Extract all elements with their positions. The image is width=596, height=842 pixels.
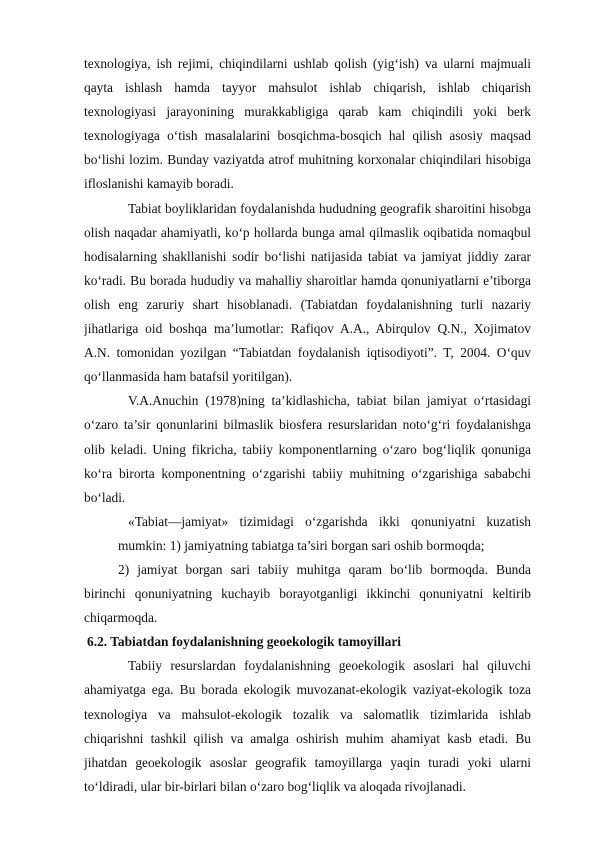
text-line: ahamiyatga ega. Bu borada ekologik muvoz… <box>84 678 531 702</box>
text-line: chiqarishni tashkil qilish va amalga osh… <box>84 727 531 751</box>
text-line: bo‘ladi. <box>84 486 531 510</box>
text-line: o‘zaro ta’sir qonunlarini bilmaslik bios… <box>84 413 531 437</box>
section-heading: 6.2. Tabiatdan foydalanishning geoekolog… <box>84 630 531 654</box>
list-item-2: 2) jamiyat borgan sari tabiiy muhitga qa… <box>84 558 531 582</box>
text-line: texnologiya va mahsulot-ekologik tozalik… <box>84 703 531 727</box>
paragraph-two-regularities: «Tabiat—jamiyat» tizimidagi o‘zgarishda … <box>84 510 531 558</box>
text-line: olish naqadar ahamiyatli, ko‘p hollarda … <box>84 221 531 245</box>
text-line: Tabiiy resurslardan foydalanishning geoe… <box>84 654 531 678</box>
text-line: chiqarmoqda. <box>84 606 531 630</box>
text-line: ko‘ra birorta komponentning o‘zgarishi t… <box>84 462 531 486</box>
text-line: qo‘llanmasida ham batafsil yoritilgan). <box>84 365 531 389</box>
text-line: birinchi qonuniyatning kuchayib borayotg… <box>84 582 531 606</box>
text-line: hodisalarning shakllanishi sodir bo‘lish… <box>84 245 531 269</box>
list-item-1: mumkin: 1) jamiyatning tabiatga ta’siri … <box>84 534 531 558</box>
paragraph-list-item-2: 2) jamiyat borgan sari tabiiy muhitga qa… <box>84 558 531 630</box>
document-page: texnologiya, ish rejimi, chiqindilarni u… <box>84 52 531 799</box>
text-line: V.A.Anuchin (1978)ning ta’kidlashicha, t… <box>84 389 531 413</box>
paragraph-anuchin: V.A.Anuchin (1978)ning ta’kidlashicha, t… <box>84 389 531 509</box>
text-line: olib keladi. Uning fikricha, tabiiy komp… <box>84 438 531 462</box>
paragraph-geoecological-basis: Tabiiy resurslardan foydalanishning geoe… <box>84 654 531 799</box>
text-line: ifloslanishi kamayib boradi. <box>84 172 531 196</box>
text-line: bo‘lishi lozim. Bunday vaziyatda atrof m… <box>84 148 531 172</box>
text-line: texnologiya, ish rejimi, chiqindilarni u… <box>84 52 531 76</box>
paragraph-natural-resources: Tabiat boyliklaridan foydalanishda hudud… <box>84 197 531 390</box>
text-line: A.N. tomonidan yozilgan “Tabiatdan foyda… <box>84 341 531 365</box>
text-line: texnologiyaga o‘tish masalalarini bosqic… <box>84 124 531 148</box>
text-line: ko‘radi. Bu borada hududiy va mahalliy s… <box>84 269 531 293</box>
text-line: olish eng zaruriy shart hisoblanadi. (Ta… <box>84 293 531 317</box>
text-line: jihatdan geoekologik asoslar geografik t… <box>84 751 531 775</box>
text-line: jihatlariga oid boshqa ma’lumotlar: Rafi… <box>84 317 531 341</box>
text-line: to‘ldiradi, ular bir-birlari bilan o‘zar… <box>84 775 531 799</box>
paragraph-waste-technology: texnologiya, ish rejimi, chiqindilarni u… <box>84 52 531 197</box>
text-line: «Tabiat—jamiyat» tizimidagi o‘zgarishda … <box>84 510 531 534</box>
text-line: texnologiyasi jarayonining murakkabligig… <box>84 100 531 124</box>
text-line: Tabiat boyliklaridan foydalanishda hudud… <box>84 197 531 221</box>
text-line: qayta ishlash hamda tayyor mahsulot ishl… <box>84 76 531 100</box>
